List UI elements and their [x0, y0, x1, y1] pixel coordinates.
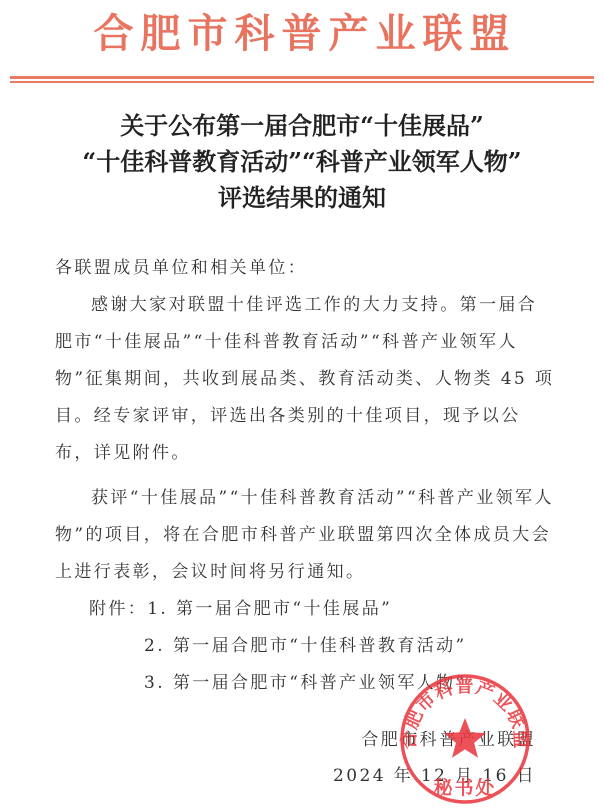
- paragraph-gap: [55, 472, 555, 480]
- paragraph-1: 感谢大家对联盟十佳评选工作的大力支持。第一届合肥市“十佳展品”“十佳科普教育活动…: [55, 287, 555, 472]
- attachment-item-2: 2. 第一届合肥市“十佳科普教育活动”: [89, 628, 467, 665]
- letterhead-organization: 合肥市科普产业联盟: [0, 8, 604, 60]
- letterhead: 合肥市科普产业联盟: [0, 8, 604, 60]
- attachments-label: 附件：: [89, 599, 147, 619]
- letterhead-rule-thick: [10, 76, 594, 79]
- title-line-1: 关于公布第一届合肥市“十佳展品”: [0, 108, 604, 144]
- document-body: 各联盟成员单位和相关单位： 感谢大家对联盟十佳评选工作的大力支持。第一届合肥市“…: [55, 250, 555, 591]
- official-seal-stamp: 合肥市科普产业联盟 秘书处: [398, 672, 532, 806]
- stamp-bottom-text: 秘书处: [433, 776, 496, 799]
- title-line-3: 评选结果的通知: [0, 180, 604, 216]
- paragraph-2: 获评“十佳展品”“十佳科普教育活动”“科普产业领军人物”的项目，将在合肥市科普产…: [55, 480, 555, 591]
- title-line-2: “十佳科普教育活动”“科普产业领军人物”: [0, 144, 604, 180]
- salutation: 各联盟成员单位和相关单位：: [55, 250, 555, 287]
- document-title: 关于公布第一届合肥市“十佳展品” “十佳科普教育活动”“科普产业领军人物” 评选…: [0, 108, 604, 216]
- letterhead-rule-thin: [10, 81, 594, 83]
- star-icon: [444, 718, 486, 758]
- attachment-item-1: 附件：1. 第一届合肥市“十佳展品”: [89, 591, 467, 628]
